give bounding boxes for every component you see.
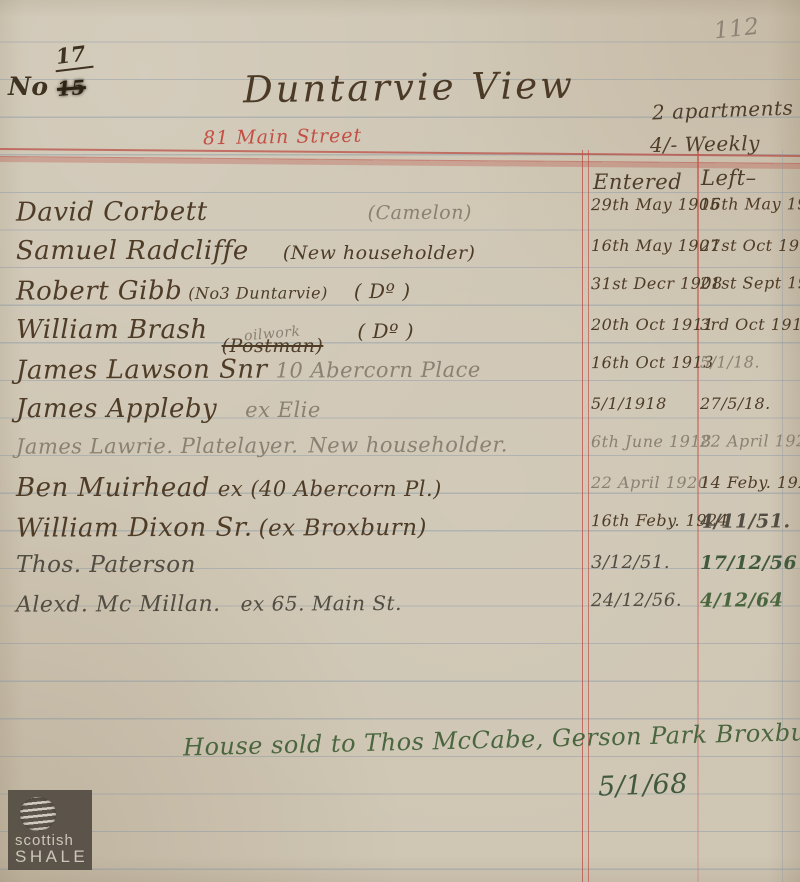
tenant-name-cell: David Corbett(Camelon) [16, 195, 578, 227]
ledger-page: 112 17 No15 Duntarvie View 2 apartments … [0, 0, 800, 882]
tenant-row: James Applebyex Elie5/1/191827/5/18. [0, 394, 800, 434]
tenant-name-cell: James Lawrie. Platelayer.New householder… [16, 432, 578, 458]
tenant-note: ex (40 Abercorn Pl.) [218, 477, 442, 501]
tenant-name: James Appleby [16, 394, 217, 424]
tenant-name-cell: James Applebyex Elie [16, 394, 578, 424]
tenant-name: Samuel Radcliffe [16, 236, 249, 266]
tenant-name-cell: Samuel Radcliffe(New householder) [16, 236, 578, 266]
entered-date: 16th Oct 1913 [591, 353, 695, 372]
left-date: 17/12/56 [700, 552, 798, 574]
tenant-row: James Lawson Snr10 Abercorn Place16th Oc… [0, 352, 800, 395]
tenant-name-cell: Thos. Paterson [16, 552, 578, 578]
left-date: 4/12/64 [700, 589, 798, 611]
left-date: 21st Sept 1911 [700, 273, 798, 292]
tenant-name: Ben Muirhead [16, 473, 210, 503]
tenant-row: Samuel Radcliffe(New householder)16th Ma… [0, 236, 800, 276]
tenant-note: New householder. [308, 433, 508, 458]
entered-date: 29th May 1905 [591, 195, 695, 214]
tenant-row: William Brashoilwork(Postman)( Dº )20th … [0, 315, 800, 355]
sold-date: 5/1/68 [597, 768, 688, 802]
tenant-name: David Corbett [16, 197, 208, 228]
occupation-correction: oilwork(Postman) [222, 326, 324, 357]
tenant-name-cell: William Dixon Sr.(ex Broxburn) [16, 511, 578, 543]
entered-date: 24/12/56. [591, 590, 695, 611]
tenant-row: Robert Gibb(No3 Duntarvie)( Dº )31st Dec… [0, 273, 800, 316]
tenant-note: (ex Broxburn) [259, 515, 428, 542]
tenant-name: William Dixon Sr. [16, 513, 253, 544]
entered-date: 3/12/51. [591, 552, 695, 573]
globe-icon [20, 797, 56, 831]
tenant-name-cell: Ben Muirheadex (40 Abercorn Pl.) [16, 473, 578, 503]
tenant-name: James Lawrie. Platelayer. [16, 433, 298, 458]
left-date: 14 Feby. 1924 [700, 473, 798, 492]
tenant-row: Thos. Paterson3/12/51.17/12/56 [0, 552, 800, 592]
entered-date: 6th June 1918 [591, 432, 695, 451]
tenant-row: David Corbett(Camelon)29th May 190516th … [0, 194, 800, 237]
scottish-shale-watermark: scottish SHALE [8, 790, 92, 870]
entered-date: 20th Oct 1911 [591, 315, 695, 334]
tenant-name-cell: Alexd. Mc Millan.ex 65. Main St. [16, 590, 578, 617]
ditto-mark: ( Dº ) [357, 319, 414, 343]
left-date: 3rd Oct 1913 [700, 315, 798, 334]
left-date: 4/11/51. [700, 510, 798, 532]
tenant-name: William Brash [16, 315, 208, 345]
tenant-note: (Camelon) [368, 202, 472, 224]
entered-date: 16th May 1907 [591, 236, 695, 255]
tenant-row: Alexd. Mc Millan.ex 65. Main St.24/12/56… [0, 589, 800, 632]
left-date: 22 April 1920 [700, 431, 798, 450]
logo-text-shale: SHALE [15, 847, 88, 867]
tenant-name-cell: Robert Gibb(No3 Duntarvie)( Dº ) [16, 274, 578, 306]
tenant-note: (No3 Duntarvie) [188, 283, 328, 303]
left-date: 16th May 1907 [700, 194, 798, 213]
tenant-name: Alexd. Mc Millan. [16, 592, 221, 618]
tenant-name-cell: James Lawson Snr10 Abercorn Place [16, 353, 578, 385]
tenant-note: ex 65. Main St. [241, 591, 402, 616]
tenant-name: James Lawson Snr [16, 355, 268, 386]
tenant-note: ex Elie [245, 398, 321, 422]
left-date: 27/5/18. [700, 394, 798, 413]
tenant-row: William Dixon Sr.(ex Broxburn)16th Feby.… [0, 510, 800, 553]
tenant-name-cell: William Brashoilwork(Postman)( Dº ) [16, 315, 578, 357]
entered-date: 31st Decr 1908 [591, 274, 695, 293]
ditto-mark: ( Dº ) [354, 279, 411, 303]
left-date: 21st Oct 1908 [700, 236, 798, 255]
tenant-note: (New householder) [283, 242, 476, 264]
entered-date: 22 April 1920 [591, 473, 695, 492]
left-date: 5/1/18. [700, 352, 798, 371]
tenant-row: Ben Muirheadex (40 Abercorn Pl.)22 April… [0, 473, 800, 513]
entered-date: 16th Feby. 1924 [591, 511, 695, 530]
entered-date: 5/1/1918 [591, 394, 695, 413]
tenant-row: James Lawrie. Platelayer.New householder… [0, 431, 800, 474]
tenant-name: Thos. Paterson [16, 552, 196, 578]
tenant-name: Robert Gibb [16, 276, 182, 307]
tenant-note: 10 Abercorn Place [276, 358, 481, 383]
